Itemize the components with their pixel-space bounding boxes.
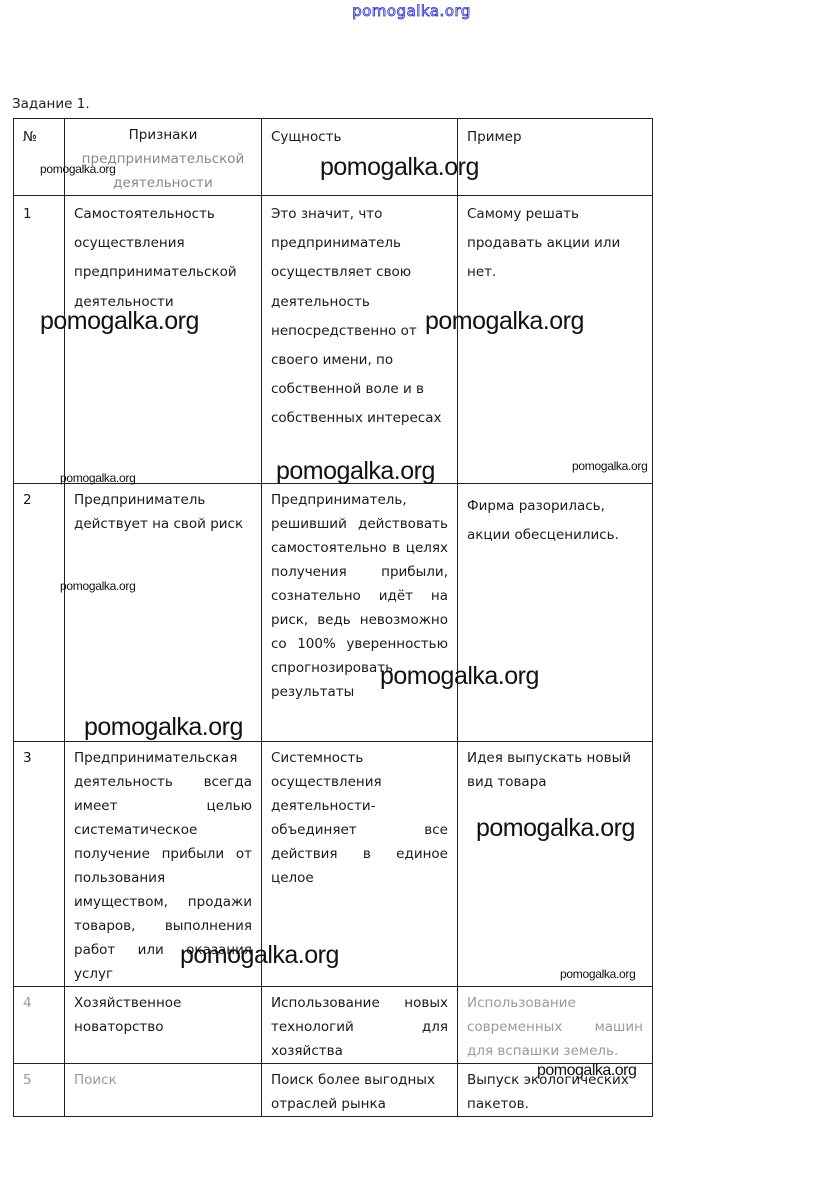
watermark-text: pomogalka.org	[380, 662, 539, 691]
watermark-text: pomogalka.org	[40, 307, 199, 336]
row-num: 2	[14, 484, 64, 512]
row-essence: Использование новых технологий для хозяй…	[262, 987, 457, 1063]
table-row: 1 Самостоятельность осуществления предпр…	[14, 196, 653, 484]
watermark-text: pomogalka.org	[276, 457, 435, 486]
header-cell-example: Пример	[458, 119, 653, 196]
row-num: 3	[14, 742, 64, 770]
watermark-text: pomogalka.org	[180, 941, 339, 970]
watermark-text: pomogalka.org	[84, 713, 243, 742]
row-example: Идея выпускать новый вид товара	[458, 742, 652, 794]
watermark-text: pomogalka.org	[572, 459, 647, 473]
row-sign: Предприниматель действует на свой риск	[65, 484, 261, 536]
table-row: 2 Предприниматель действует на свой риск…	[14, 484, 653, 742]
row-essence: Поиск более выгодных отраслей рынка	[262, 1064, 457, 1116]
table-row: 4 Хозяйственное новаторство Использовани…	[14, 987, 653, 1064]
row-num: 1	[14, 196, 64, 229]
header-cell-num: №	[14, 119, 65, 196]
watermark-text: pomogalka.org	[60, 471, 135, 485]
row-sign: Поиск	[65, 1064, 261, 1092]
row-essence: Системность осуществления деятельности- …	[262, 742, 457, 890]
watermark-text: pomogalka.org	[476, 814, 635, 843]
watermark-text: pomogalka.org	[425, 307, 584, 336]
header-num: №	[14, 119, 64, 152]
header-cell-sign: Признаки предпринимательской деятельност…	[65, 119, 262, 196]
row-num: 5	[14, 1064, 64, 1092]
header-sign: Признаки	[74, 123, 252, 147]
header-example: Пример	[458, 119, 652, 152]
task-title: Задание 1.	[12, 96, 90, 112]
header-essence: Сущность	[262, 119, 457, 152]
row-sign: Самостоятельность осуществления предприн…	[65, 196, 261, 317]
watermark-text: pomogalka.org	[320, 153, 479, 182]
watermark-text: pomogalka.org	[537, 1062, 636, 1080]
row-example: Фирма разорилась, акции обесценились.	[458, 484, 652, 550]
watermark-text: pomogalka.org	[60, 579, 135, 593]
watermark-text: pomogalka.org	[560, 967, 635, 981]
row-example: Самому решать продавать акции или нет.	[458, 196, 652, 288]
row-num: 4	[14, 987, 64, 1015]
row-example: Использование современных машин для вспа…	[458, 987, 652, 1063]
site-header-link[interactable]: pomogalka.org	[0, 2, 823, 20]
row-sign: Хозяйственное новаторство	[65, 987, 261, 1039]
watermark-text: pomogalka.org	[40, 162, 115, 176]
